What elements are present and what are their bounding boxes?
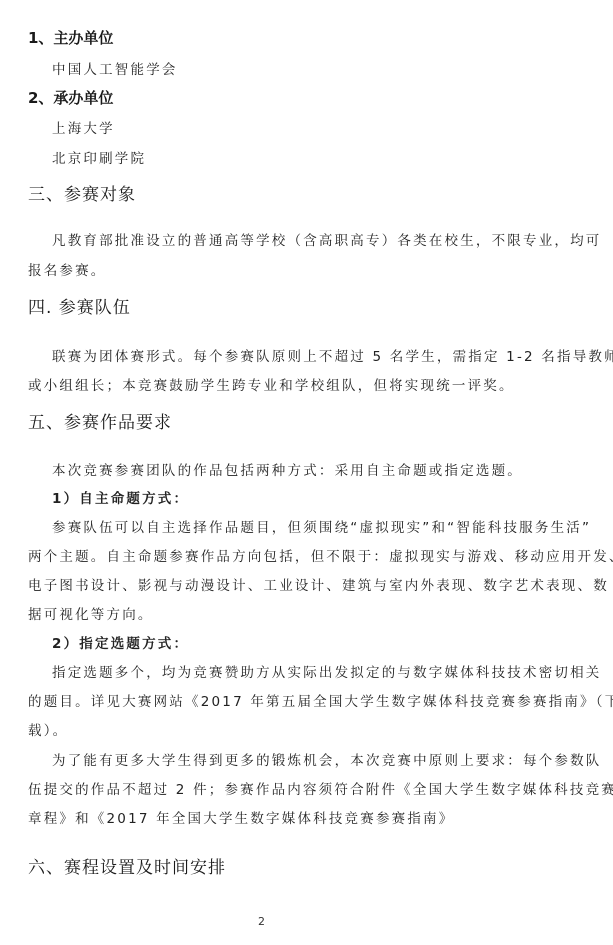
paragraph-line: 的题目。详见大赛网站《2017 年第五届全国大学生数字媒体科技竞赛参赛指南》（下 <box>28 690 613 710</box>
paragraph-line: 两个主题。自主命题参赛作品方向包括，但不限于：虚拟现实与游戏、移动应用开发、 <box>28 545 613 565</box>
paragraph-line: 章程》和《2017 年全国大学生数字媒体科技竞赛参赛指南》 <box>28 807 454 827</box>
heading-section-4: 四. 参赛队伍 <box>28 293 131 318</box>
organizer-item: 北京印刷学院 <box>52 147 146 167</box>
sponsor-item: 中国人工智能学会 <box>52 58 178 78</box>
heading-organizer: 2、承办单位 <box>28 87 113 108</box>
paragraph-line: 本次竞赛参赛团队的作品包括两种方式：采用自主命题或指定选题。 <box>52 459 523 479</box>
organizer-item: 上海大学 <box>52 117 115 137</box>
subheading-self-proposed: 1）自主命题方式： <box>52 487 189 507</box>
paragraph-line: 电子图书设计、影视与动漫设计、工业设计、建筑与室内外表现、数字艺术表现、数 <box>28 574 609 594</box>
paragraph-line: 指定选题多个，均为竞赛赞助方从实际出发拟定的与数字媒体科技技术密切相关 <box>52 661 602 681</box>
paragraph-line: 伍提交的作品不超过 2 件；参赛作品内容须符合附件《全国大学生数字媒体科技竞赛 <box>28 778 613 798</box>
paragraph-line: 或小组组长；本竞赛鼓励学生跨专业和学校组队，但将实现统一评奖。 <box>28 374 515 394</box>
paragraph-line: 为了能有更多大学生得到更多的锻炼机会，本次竞赛中原则上要求：每个参数队 <box>52 749 602 769</box>
heading-sponsor: 1、主办单位 <box>28 27 113 48</box>
paragraph-line: 载）。 <box>28 719 68 739</box>
paragraph-line: 凡教育部批准设立的普通高等学校（含高职高专）各类在校生，不限专业，均可 <box>52 229 602 249</box>
page-number: 2 <box>258 915 265 928</box>
paragraph-line: 报名参赛。 <box>28 259 107 279</box>
paragraph-line: 据可视化等方向。 <box>28 603 154 623</box>
subheading-assigned-topic: 2）指定选题方式： <box>52 632 189 652</box>
paragraph-line: 联赛为团体赛形式。每个参赛队原则上不超过 5 名学生，需指定 1-2 名指导教师 <box>52 345 613 365</box>
heading-section-6: 六、赛程设置及时间安排 <box>28 853 226 878</box>
paragraph-line: 参赛队伍可以自主选择作品题目，但须围绕“虚拟现实”和“智能科技服务生活” <box>52 516 591 536</box>
heading-section-5: 五、参赛作品要求 <box>28 408 172 433</box>
heading-section-3: 三、参赛对象 <box>28 180 136 205</box>
